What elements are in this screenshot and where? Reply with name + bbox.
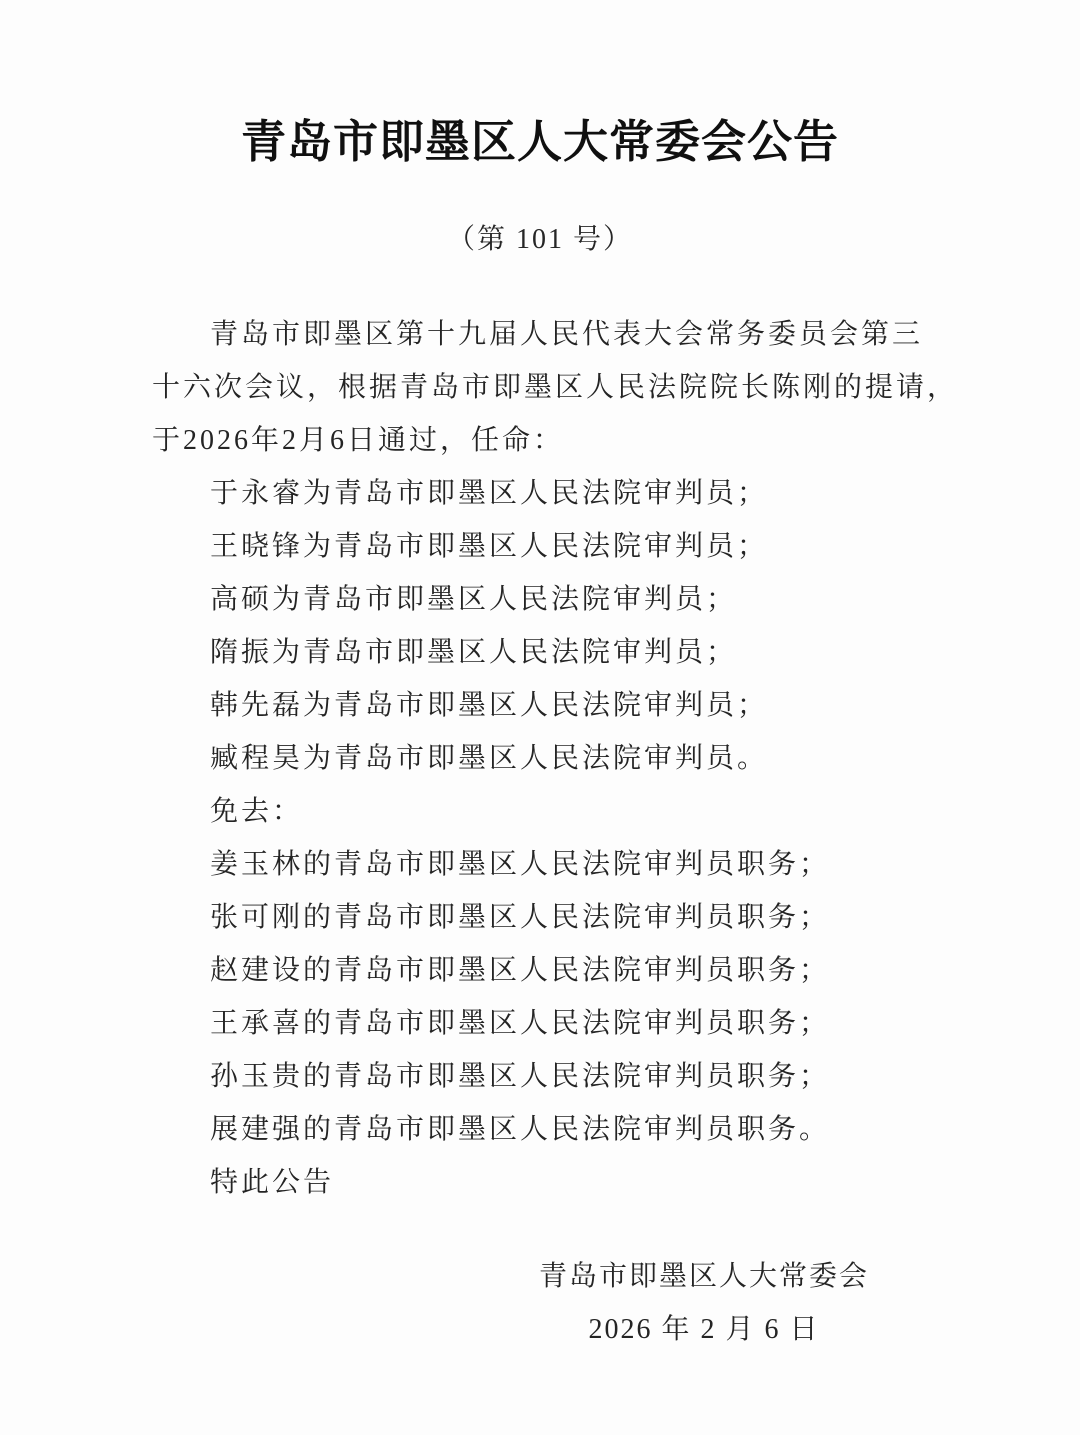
removal-line: 赵建设的青岛市即墨区人民法院审判员职务； xyxy=(152,944,952,997)
removal-line: 展建强的青岛市即墨区人民法院审判员职务。 xyxy=(152,1103,952,1156)
removal-line: 孙玉贵的青岛市即墨区人民法院审判员职务； xyxy=(152,1050,952,1103)
removal-line: 张可刚的青岛市即墨区人民法院审判员职务； xyxy=(152,891,952,944)
announcement-title: 青岛市即墨区人大常委会公告 xyxy=(0,112,1080,172)
appointment-line: 韩先磊为青岛市即墨区人民法院审判员； xyxy=(152,679,952,732)
removal-line: 姜玉林的青岛市即墨区人民法院审判员职务； xyxy=(152,838,952,891)
intro-line: 青岛市即墨区第十九届人民代表大会常务委员会第三 xyxy=(152,308,952,361)
appointment-line: 隋振为青岛市即墨区人民法院审判员； xyxy=(152,626,952,679)
announcement-page: 青岛市即墨区人大常委会公告 （第 101 号） 青岛市即墨区第十九届人民代表大会… xyxy=(0,0,1080,1435)
closing-line: 特此公告 xyxy=(152,1156,952,1209)
removal-header: 免去： xyxy=(152,785,952,838)
intro-line: 于2026年2月6日通过，任命： xyxy=(152,414,952,467)
date: 2026 年 2 月 6 日 xyxy=(539,1303,869,1356)
appointment-line: 臧程昊为青岛市即墨区人民法院审判员。 xyxy=(152,732,952,785)
appointment-line: 于永睿为青岛市即墨区人民法院审判员； xyxy=(152,467,952,520)
removal-line: 王承喜的青岛市即墨区人民法院审判员职务； xyxy=(152,997,952,1050)
announcement-body: 青岛市即墨区第十九届人民代表大会常务委员会第三 十六次会议，根据青岛市即墨区人民… xyxy=(152,308,952,1209)
appointment-line: 高硕为青岛市即墨区人民法院审判员； xyxy=(152,573,952,626)
appointment-line: 王晓锋为青岛市即墨区人民法院审判员； xyxy=(152,520,952,573)
intro-line: 十六次会议，根据青岛市即墨区人民法院院长陈刚的提请， xyxy=(152,361,952,414)
signature-block: 青岛市即墨区人大常委会 2026 年 2 月 6 日 xyxy=(539,1250,869,1356)
doc-number: （第 101 号） xyxy=(0,222,1080,258)
signature: 青岛市即墨区人大常委会 xyxy=(539,1250,869,1303)
